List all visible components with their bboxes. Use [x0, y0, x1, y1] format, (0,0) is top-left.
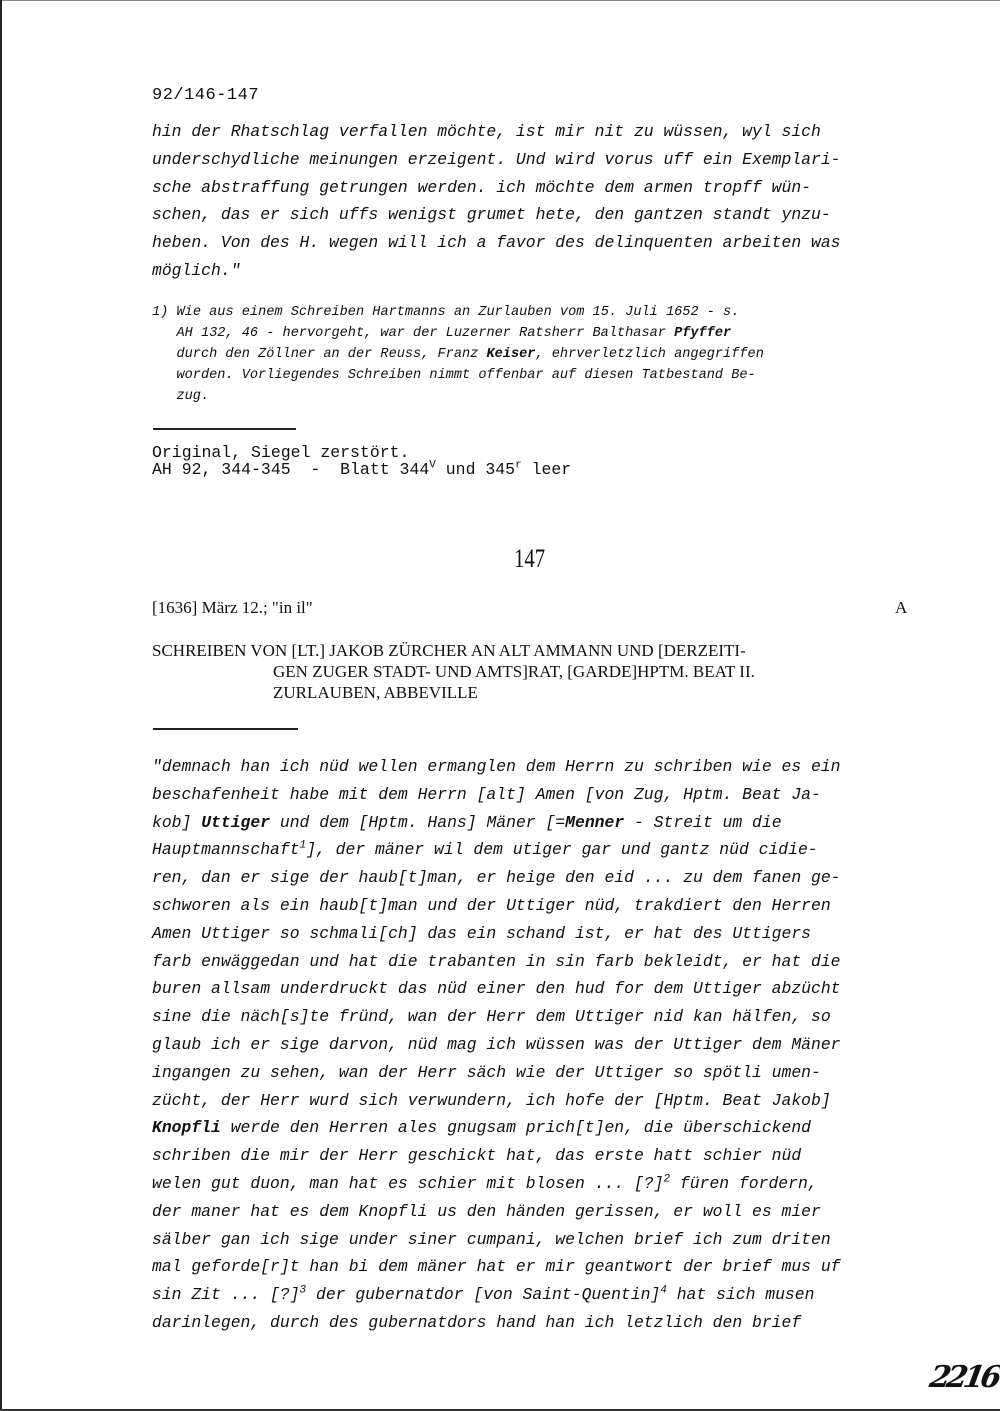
- document-code: A: [895, 598, 907, 618]
- text-line: welen gut duon, man hat es schier mit bl…: [152, 1170, 932, 1198]
- title-line: SCHREIBEN VON [LT.] JAKOB ZÜRCHER AN ALT…: [152, 640, 942, 661]
- footnote-ref: 4: [660, 1285, 667, 1297]
- footnote-line: 1) Wie aus einem Schreiben Hartmanns an …: [152, 302, 932, 323]
- source-line: Original, Siegel zerstört.: [152, 444, 571, 461]
- text-line: Amen Uttiger so schmali[ch] das ein scha…: [152, 920, 932, 948]
- text-run: und dem [Hptm. Hans] Mäner [=: [270, 813, 565, 832]
- source-text: leer: [522, 460, 572, 479]
- text-line: darinlegen, durch des gubernatdors hand …: [152, 1309, 932, 1337]
- text-line: schworen als ein haub[t]man und der Utti…: [152, 892, 932, 920]
- text-run: ingangen zu sehen, wan der Herr säch wie…: [152, 1063, 821, 1082]
- text-run: sin Zit ... [?]: [152, 1285, 300, 1304]
- text-line: sin Zit ... [?]3 der gubernatdor [von Sa…: [152, 1281, 932, 1309]
- footnote-line: AH 132, 46 - hervorgeht, war der Luzerne…: [152, 323, 932, 344]
- text-line: der maner hat es dem Knopfli us den händ…: [152, 1198, 932, 1226]
- text-run: "demnach han ich nüd wellen ermanglen de…: [152, 757, 841, 776]
- text-run: füren fordern,: [670, 1174, 818, 1193]
- text-line: sine die näch[s]te fründ, wan der Herr d…: [152, 1003, 932, 1031]
- text-run: welen gut duon, man hat es schier mit bl…: [152, 1174, 663, 1193]
- page-reference: 92/146-147: [152, 86, 259, 105]
- footnote-line: zug.: [152, 386, 932, 407]
- text-run: Hauptmannschaft: [152, 840, 300, 859]
- document-number: 147: [514, 544, 545, 574]
- text-run: darinlegen, durch des gubernatdors hand …: [152, 1313, 801, 1332]
- page-edge-top: [0, 0, 1000, 1]
- text-line: schriben die mir der Herr geschickt hat,…: [152, 1142, 932, 1170]
- footnote-line: durch den Zöllner an der Reuss, Franz Ke…: [152, 344, 932, 365]
- text-line: glaub ich er sige darvon, nüd mag ich wü…: [152, 1031, 932, 1059]
- text-run: - Streit um die: [624, 813, 781, 832]
- text-run: werde den Herren ales gnugsam prich[t]en…: [221, 1118, 811, 1137]
- text-line: farb enwäggedan und hat die trabanten in…: [152, 948, 932, 976]
- text-line: Hauptmannschaft1], der mäner wil dem uti…: [152, 836, 932, 864]
- continuation-text: hin der Rhatschlag verfallen möchte, ist…: [152, 118, 932, 285]
- title-line: ZURLAUBEN, ABBEVILLE: [152, 682, 942, 703]
- person-name: Keiser: [486, 347, 535, 362]
- footnote-marker: 1): [152, 305, 168, 320]
- text-run: sine die näch[s]te fründ, wan der Herr d…: [152, 1007, 831, 1026]
- source-line: AH 92, 344-345 - Blatt 344V und 345r lee…: [152, 461, 571, 478]
- text-line: möglich.": [152, 257, 932, 285]
- text-run: schworen als ein haub[t]man und der Utti…: [152, 896, 831, 915]
- text-line: heben. Von des H. wegen will ich a favor…: [152, 229, 932, 257]
- source-text: und 345: [436, 460, 515, 479]
- document-title: SCHREIBEN VON [LT.] JAKOB ZÜRCHER AN ALT…: [152, 640, 942, 703]
- footnote-text: worden. Vorliegendes Schreiben nimmt off…: [176, 368, 755, 383]
- text-line: kob] Uttiger und dem [Hptm. Hans] Mäner …: [152, 809, 932, 837]
- text-run: kob]: [152, 813, 201, 832]
- footnote-1: 1) Wie aus einem Schreiben Hartmanns an …: [152, 302, 932, 407]
- text-line: Knopfli werde den Herren ales gnugsam pr…: [152, 1114, 932, 1142]
- footnote-text: durch den Zöllner an der Reuss, Franz: [176, 347, 486, 362]
- footnote-line: worden. Vorliegendes Schreiben nimmt off…: [152, 365, 932, 386]
- text-run: beschafenheit habe mit dem Herrn [alt] A…: [152, 785, 821, 804]
- text-line: mal geforde[r]t han bi dem mäner hat er …: [152, 1253, 932, 1281]
- text-run: farb enwäggedan und hat die trabanten in…: [152, 952, 841, 971]
- footnote-text: , ehrverletzlich angegriffen: [535, 347, 763, 362]
- text-run: ren, dan er sige der haub[t]man, er heig…: [152, 868, 841, 887]
- person-name: Uttiger: [201, 813, 270, 832]
- text-line: schen, das er sich uffs wenigst grumet h…: [152, 201, 932, 229]
- text-run: buren allsam underdruckt das nüd einer d…: [152, 979, 841, 998]
- text-run: schriben die mir der Herr geschickt hat,…: [152, 1146, 801, 1165]
- text-line: buren allsam underdruckt das nüd einer d…: [152, 975, 932, 1003]
- text-line: sälber gan ich sige under siner cumpani,…: [152, 1226, 932, 1254]
- page-edge-left: [0, 0, 2, 1411]
- text-run: ], der mäner wil dem utiger gar und gant…: [306, 840, 817, 859]
- text-run: mal geforde[r]t han bi dem mäner hat er …: [152, 1257, 841, 1276]
- person-name: Knopfli: [152, 1118, 221, 1137]
- title-line: GEN ZUGER STADT- UND AMTS]RAT, [GARDE]HP…: [152, 661, 942, 682]
- document-date: [1636] März 12.; "in il": [152, 598, 313, 618]
- text-run: glaub ich er sige darvon, nüd mag ich wü…: [152, 1035, 841, 1054]
- letter-text: "demnach han ich nüd wellen ermanglen de…: [152, 753, 932, 1337]
- text-line: zücht, der Herr wurd sich verwundern, ic…: [152, 1087, 932, 1115]
- recto-mark: r: [515, 460, 522, 472]
- text-line: beschafenheit habe mit dem Herrn [alt] A…: [152, 781, 932, 809]
- text-line: "demnach han ich nüd wellen ermanglen de…: [152, 753, 932, 781]
- footnote-text: AH 132, 46 - hervorgeht, war der Luzerne…: [176, 326, 674, 341]
- separator-rule: [153, 428, 296, 430]
- text-run: sälber gan ich sige under siner cumpani,…: [152, 1230, 831, 1249]
- text-line: sche abstraffung getrungen werden. ich m…: [152, 174, 932, 202]
- footnote-text: zug.: [176, 389, 209, 404]
- source-note: Original, Siegel zerstört. AH 92, 344-34…: [152, 444, 571, 478]
- text-line: ingangen zu sehen, wan der Herr säch wie…: [152, 1059, 932, 1087]
- text-line: ren, dan er sige der haub[t]man, er heig…: [152, 864, 932, 892]
- separator-rule: [153, 728, 298, 730]
- text-line: underschydliche meinungen erzeigent. Und…: [152, 146, 932, 174]
- text-run: der maner hat es dem Knopfli us den händ…: [152, 1202, 821, 1221]
- text-run: zücht, der Herr wurd sich verwundern, ic…: [152, 1091, 831, 1110]
- source-text: AH 92, 344-345 - Blatt 344: [152, 460, 429, 479]
- text-run: Amen Uttiger so schmali[ch] das ein scha…: [152, 924, 811, 943]
- verso-mark: V: [429, 460, 436, 472]
- text-run: hat sich musen: [667, 1285, 815, 1304]
- handwritten-page-number: 2216: [927, 1360, 1000, 1395]
- person-name: Pfyffer: [674, 326, 731, 341]
- text-line: hin der Rhatschlag verfallen möchte, ist…: [152, 118, 932, 146]
- person-name: Menner: [565, 813, 624, 832]
- footnote-text: Wie aus einem Schreiben Hartmanns an Zur…: [177, 305, 740, 320]
- text-run: der gubernatdor [von Saint-Quentin]: [306, 1285, 660, 1304]
